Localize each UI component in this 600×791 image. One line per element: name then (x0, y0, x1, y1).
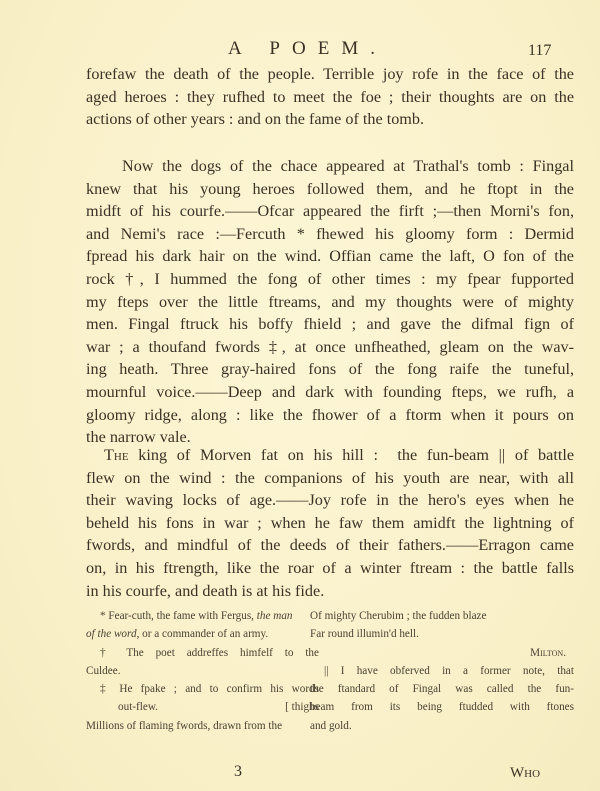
footnotes-right-column: Of mighty Cherubim ; the fudden blaze Fa… (310, 607, 574, 735)
text-line: knew that his young heroes followed them… (86, 178, 574, 201)
text-line: their waving locks of age.——Joy rofe in … (86, 489, 574, 512)
footnote-line: * Fear-cuth, the fame with Fergus, the m… (86, 607, 319, 625)
footnotes-left-column: * Fear-cuth, the fame with Fergus, the m… (86, 607, 319, 735)
text-line: aged heroes : they rufhed to meet the fo… (86, 86, 574, 109)
footnote-line: || I have obferved in a former note, tha… (310, 662, 574, 680)
footnote-line: Millions of flaming fwords, drawn from t… (86, 717, 319, 735)
book-page: A POEM. 117 forefaw the death of the peo… (0, 0, 600, 791)
footnote-italic: the man (257, 610, 293, 622)
text-line: king of Morven fat on his hill : the fun… (129, 444, 574, 467)
text-line: forefaw the death of the people. Terribl… (86, 63, 574, 86)
footnote-line: and gold. (310, 717, 574, 735)
running-title: A POEM. (228, 38, 387, 60)
paragraph-3: The king of Morven fat on his hill : the… (86, 444, 574, 602)
text-line: beheld his fons in war ; when he faw the… (86, 512, 574, 535)
footnote-italic: of the word (86, 628, 137, 640)
footnote-text: out-flew. (118, 698, 158, 716)
text-line: ing heath. Three gray-haired fons of the… (86, 358, 574, 381)
text-line: midft of his courfe.——Ofcar appeared the… (86, 200, 574, 223)
running-head: A POEM. 117 (0, 36, 600, 60)
text-line: war ; a thoufand fwords ‡, at once unfhe… (86, 336, 574, 359)
small-caps-lead: The (104, 444, 129, 467)
quote-line: Of mighty Cherubim ; the fudden blaze (310, 607, 574, 625)
text-line: and Nemi's race :—Fercuth * fhewed his g… (86, 223, 574, 246)
text-line: on, in his ftrength, like the roar of a … (86, 557, 574, 580)
text-line-first: The king of Morven fat on his hill : the… (86, 444, 574, 467)
text-line: flew on the wind : the companions of his… (86, 467, 574, 490)
text-line: fwords, and mindful of the deeds of thei… (86, 534, 574, 557)
footnote-line: ‡ He fpake ; and to confirm his words (86, 680, 319, 698)
footnote-line: † The poet addreffes himfelf to the (86, 644, 319, 662)
footnote-line: the ftandard of Fingal was called the fu… (310, 680, 574, 698)
text-line: actions of other years : and on the fame… (86, 108, 574, 131)
text-line: fpread his dark hair on the wind. Offian… (86, 245, 574, 268)
footnote-line: Culdee. (86, 662, 319, 680)
footnote-line: out-flew. [ thighs (86, 698, 319, 716)
text-line: in his courfe, and death is at his fide. (86, 580, 574, 603)
page-number: 117 (528, 42, 551, 60)
catchword: Who (510, 765, 540, 782)
text-line: men. Fingal ftruck his boffy fhield ; an… (86, 313, 574, 336)
footnote-line: of the word, or a commander of an army. (86, 625, 319, 643)
paragraph-2: Now the dogs of the chace appeared at Tr… (86, 155, 574, 449)
quote-line: Far round illumin'd hell. (310, 625, 574, 643)
signature-mark: 3 (234, 763, 242, 781)
footnote-text: * Fear-cuth, the fame with Fergus, (100, 610, 257, 622)
footnote-text: , or a commander of an army. (137, 628, 269, 640)
text-line: mournful voice.——Deep and dark with foun… (86, 381, 574, 404)
quote-attribution: Milton. (310, 644, 574, 662)
text-line: my fteps over the little ftreams, and my… (86, 291, 574, 314)
paragraph-1: forefaw the death of the people. Terribl… (86, 63, 574, 131)
footnote-line: beam from its being ftudded with ftones (310, 698, 574, 716)
text-line: gloomy ridge, along : like the fhower of… (86, 404, 574, 427)
text-line: Now the dogs of the chace appeared at Tr… (86, 155, 574, 178)
text-line: rock †, I hummed the fong of other times… (86, 268, 574, 291)
